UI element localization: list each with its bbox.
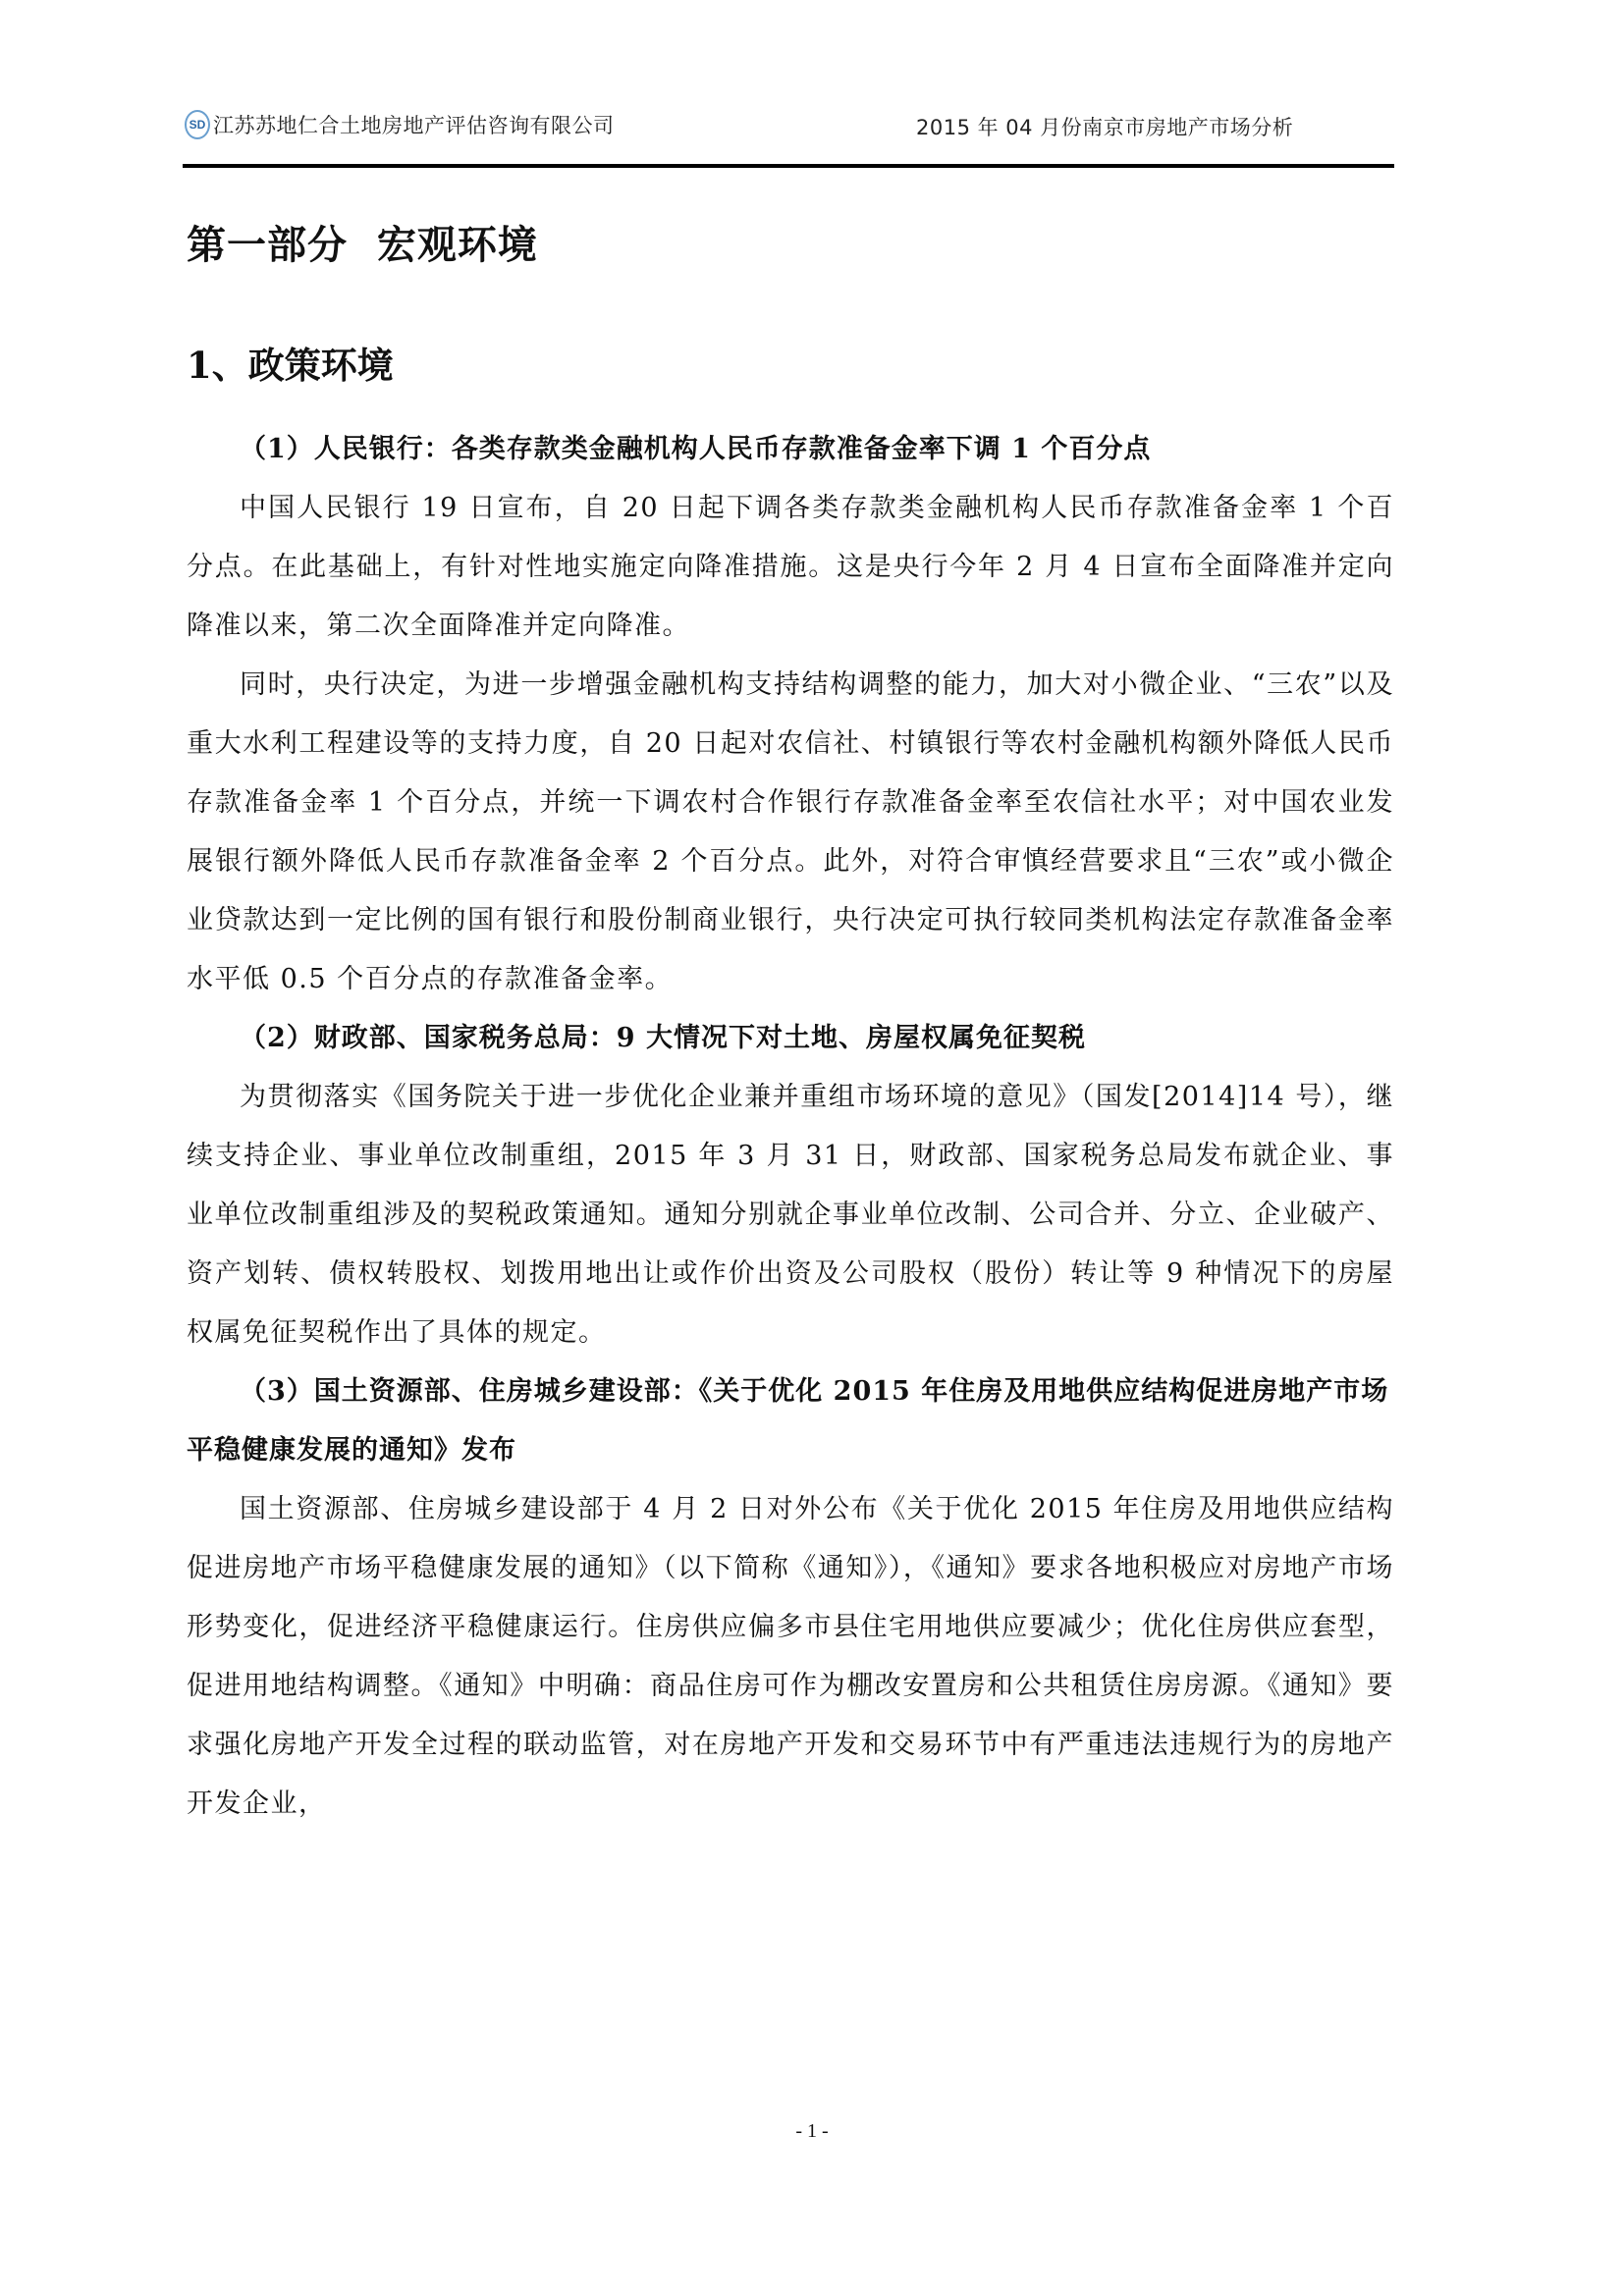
subsection-heading-3: （3）国土资源部、住房城乡建设部：《关于优化 2015 年住房及用地供应结构促进…	[187, 1362, 1394, 1480]
report-title: 2015 年 04 月份南京市房地产市场分析	[916, 112, 1293, 141]
paragraph: 中国人民银行 19 日宣布，自 20 日起下调各类存款类金融机构人民币存款准备金…	[187, 479, 1394, 656]
document-body: （1）人民银行：各类存款类金融机构人民币存款准备金率下调 1 个百分点 中国人民…	[187, 420, 1394, 1834]
company-logo-icon: SD	[185, 110, 210, 139]
subsection-heading-2: （2）财政部、国家税务总局：9 大情况下对土地、房屋权属免征契税	[187, 1009, 1394, 1068]
subsection-heading-1: （1）人民银行：各类存款类金融机构人民币存款准备金率下调 1 个百分点	[187, 420, 1394, 479]
header-company: SD 江苏苏地仁合土地房地产评估咨询有限公司	[185, 110, 615, 139]
part-title: 第一部分 宏观环境	[187, 214, 538, 270]
paragraph: 为贯彻落实《国务院关于进一步优化企业兼并重组市场环境的意见》（国发[2014]1…	[187, 1068, 1394, 1362]
paragraph: 同时，央行决定，为进一步增强金融机构支持结构调整的能力，加大对小微企业、“三农”…	[187, 656, 1394, 1009]
section-title: 1、政策环境	[187, 336, 394, 389]
page-number: - 1 -	[0, 2120, 1624, 2143]
paragraph: 国土资源部、住房城乡建设部于 4 月 2 日对外公布《关于优化 2015 年住房…	[187, 1480, 1394, 1834]
header-divider	[183, 164, 1394, 168]
company-name: 江苏苏地仁合土地房地产评估咨询有限公司	[213, 110, 615, 139]
page-header: SD 江苏苏地仁合土地房地产评估咨询有限公司 2015 年 04 月份南京市房地…	[185, 110, 1394, 145]
